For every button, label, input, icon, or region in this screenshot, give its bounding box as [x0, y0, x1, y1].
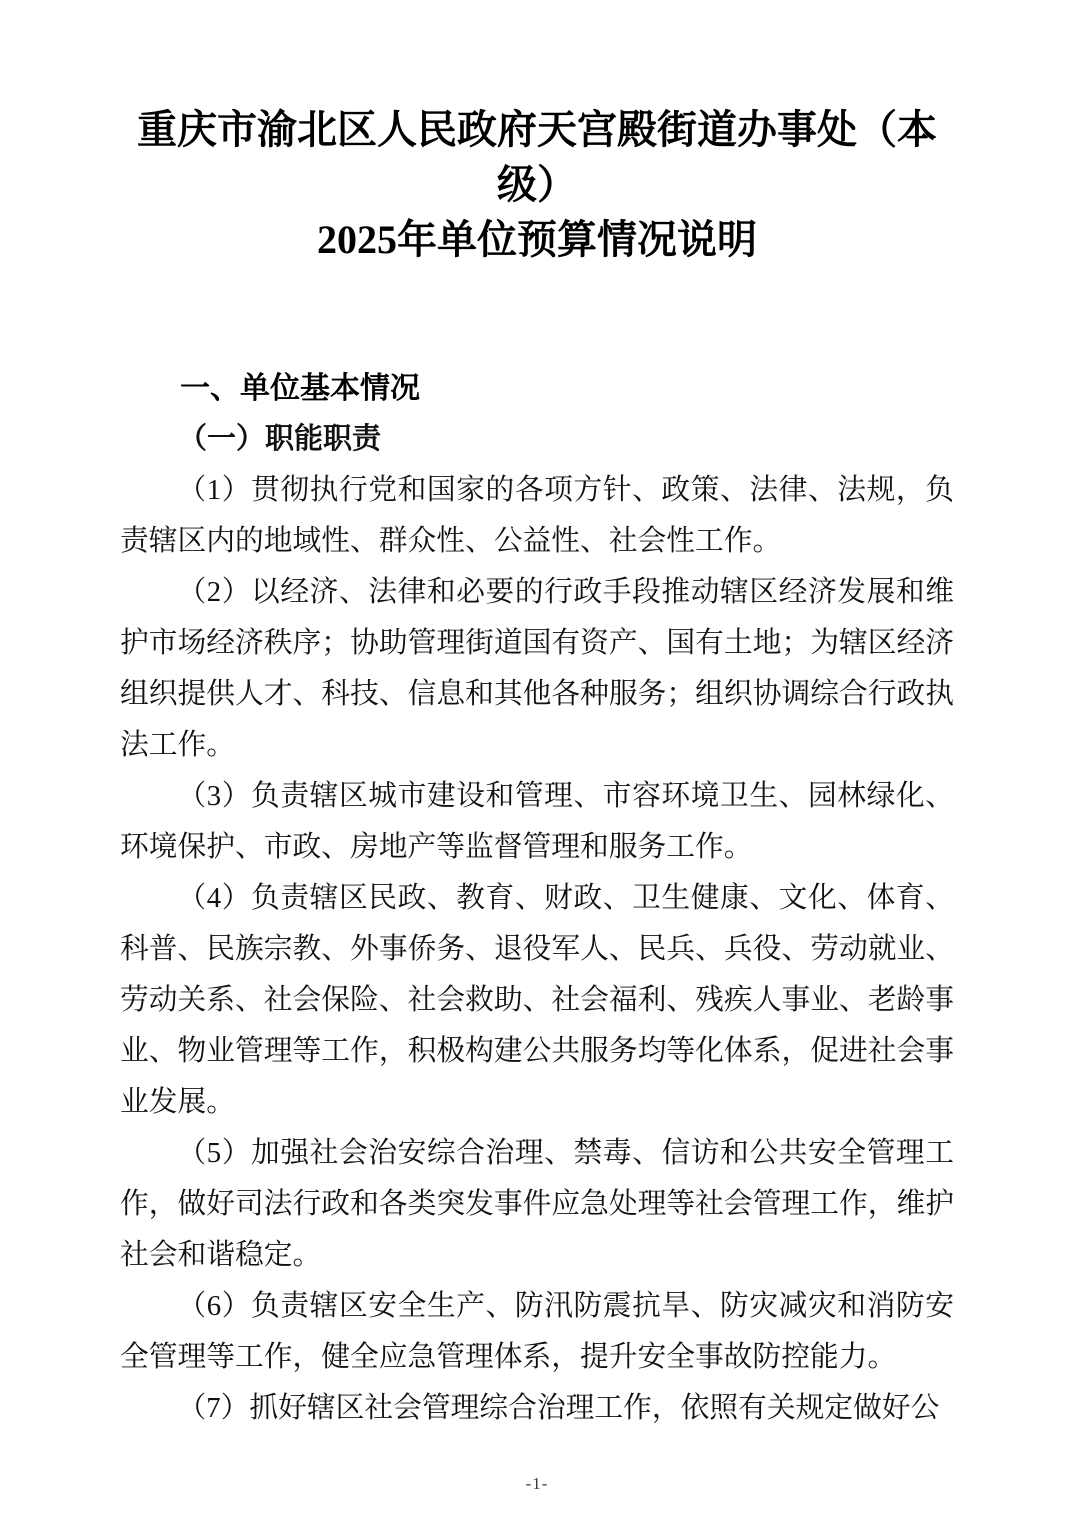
document-body: 一、单位基本情况 （一）职能职责 （1）贯彻执行党和国家的各项方针、政策、法律、… [120, 363, 954, 1434]
paragraph-5: （5）加强社会治安综合治理、禁毒、信访和公共安全管理工作，做好司法行政和各类突发… [120, 1128, 954, 1281]
document-subtitle: 2025年单位预算情况说明 [120, 212, 954, 267]
document-header: 重庆市渝北区人民政府天宫殿街道办事处（本级） 2025年单位预算情况说明 [120, 102, 954, 267]
paragraph-6: （6）负责辖区安全生产、防汛防震抗旱、防灾减灾和消防安全管理等工作，健全应急管理… [120, 1281, 954, 1383]
paragraph-4: （4）负责辖区民政、教育、财政、卫生健康、文化、体育、科普、民族宗教、外事侨务、… [120, 873, 954, 1128]
document-title: 重庆市渝北区人民政府天宫殿街道办事处（本级） [120, 102, 954, 212]
subsection-heading: （一）职能职责 [120, 414, 954, 465]
document-page: 重庆市渝北区人民政府天宫殿街道办事处（本级） 2025年单位预算情况说明 一、单… [0, 0, 1074, 1520]
page-number: -1- [526, 1474, 549, 1493]
paragraph-2: （2）以经济、法律和必要的行政手段推动辖区经济发展和维护市场经济秩序；协助管理街… [120, 567, 954, 771]
page-footer: -1- [0, 1474, 1074, 1494]
paragraph-7: （7）抓好辖区社会管理综合治理工作，依照有关规定做好公 [120, 1383, 954, 1434]
section-heading: 一、单位基本情况 [120, 363, 954, 414]
paragraph-1: （1）贯彻执行党和国家的各项方针、政策、法律、法规，负责辖区内的地域性、群众性、… [120, 465, 954, 567]
paragraph-3: （3）负责辖区城市建设和管理、市容环境卫生、园林绿化、环境保护、市政、房地产等监… [120, 771, 954, 873]
